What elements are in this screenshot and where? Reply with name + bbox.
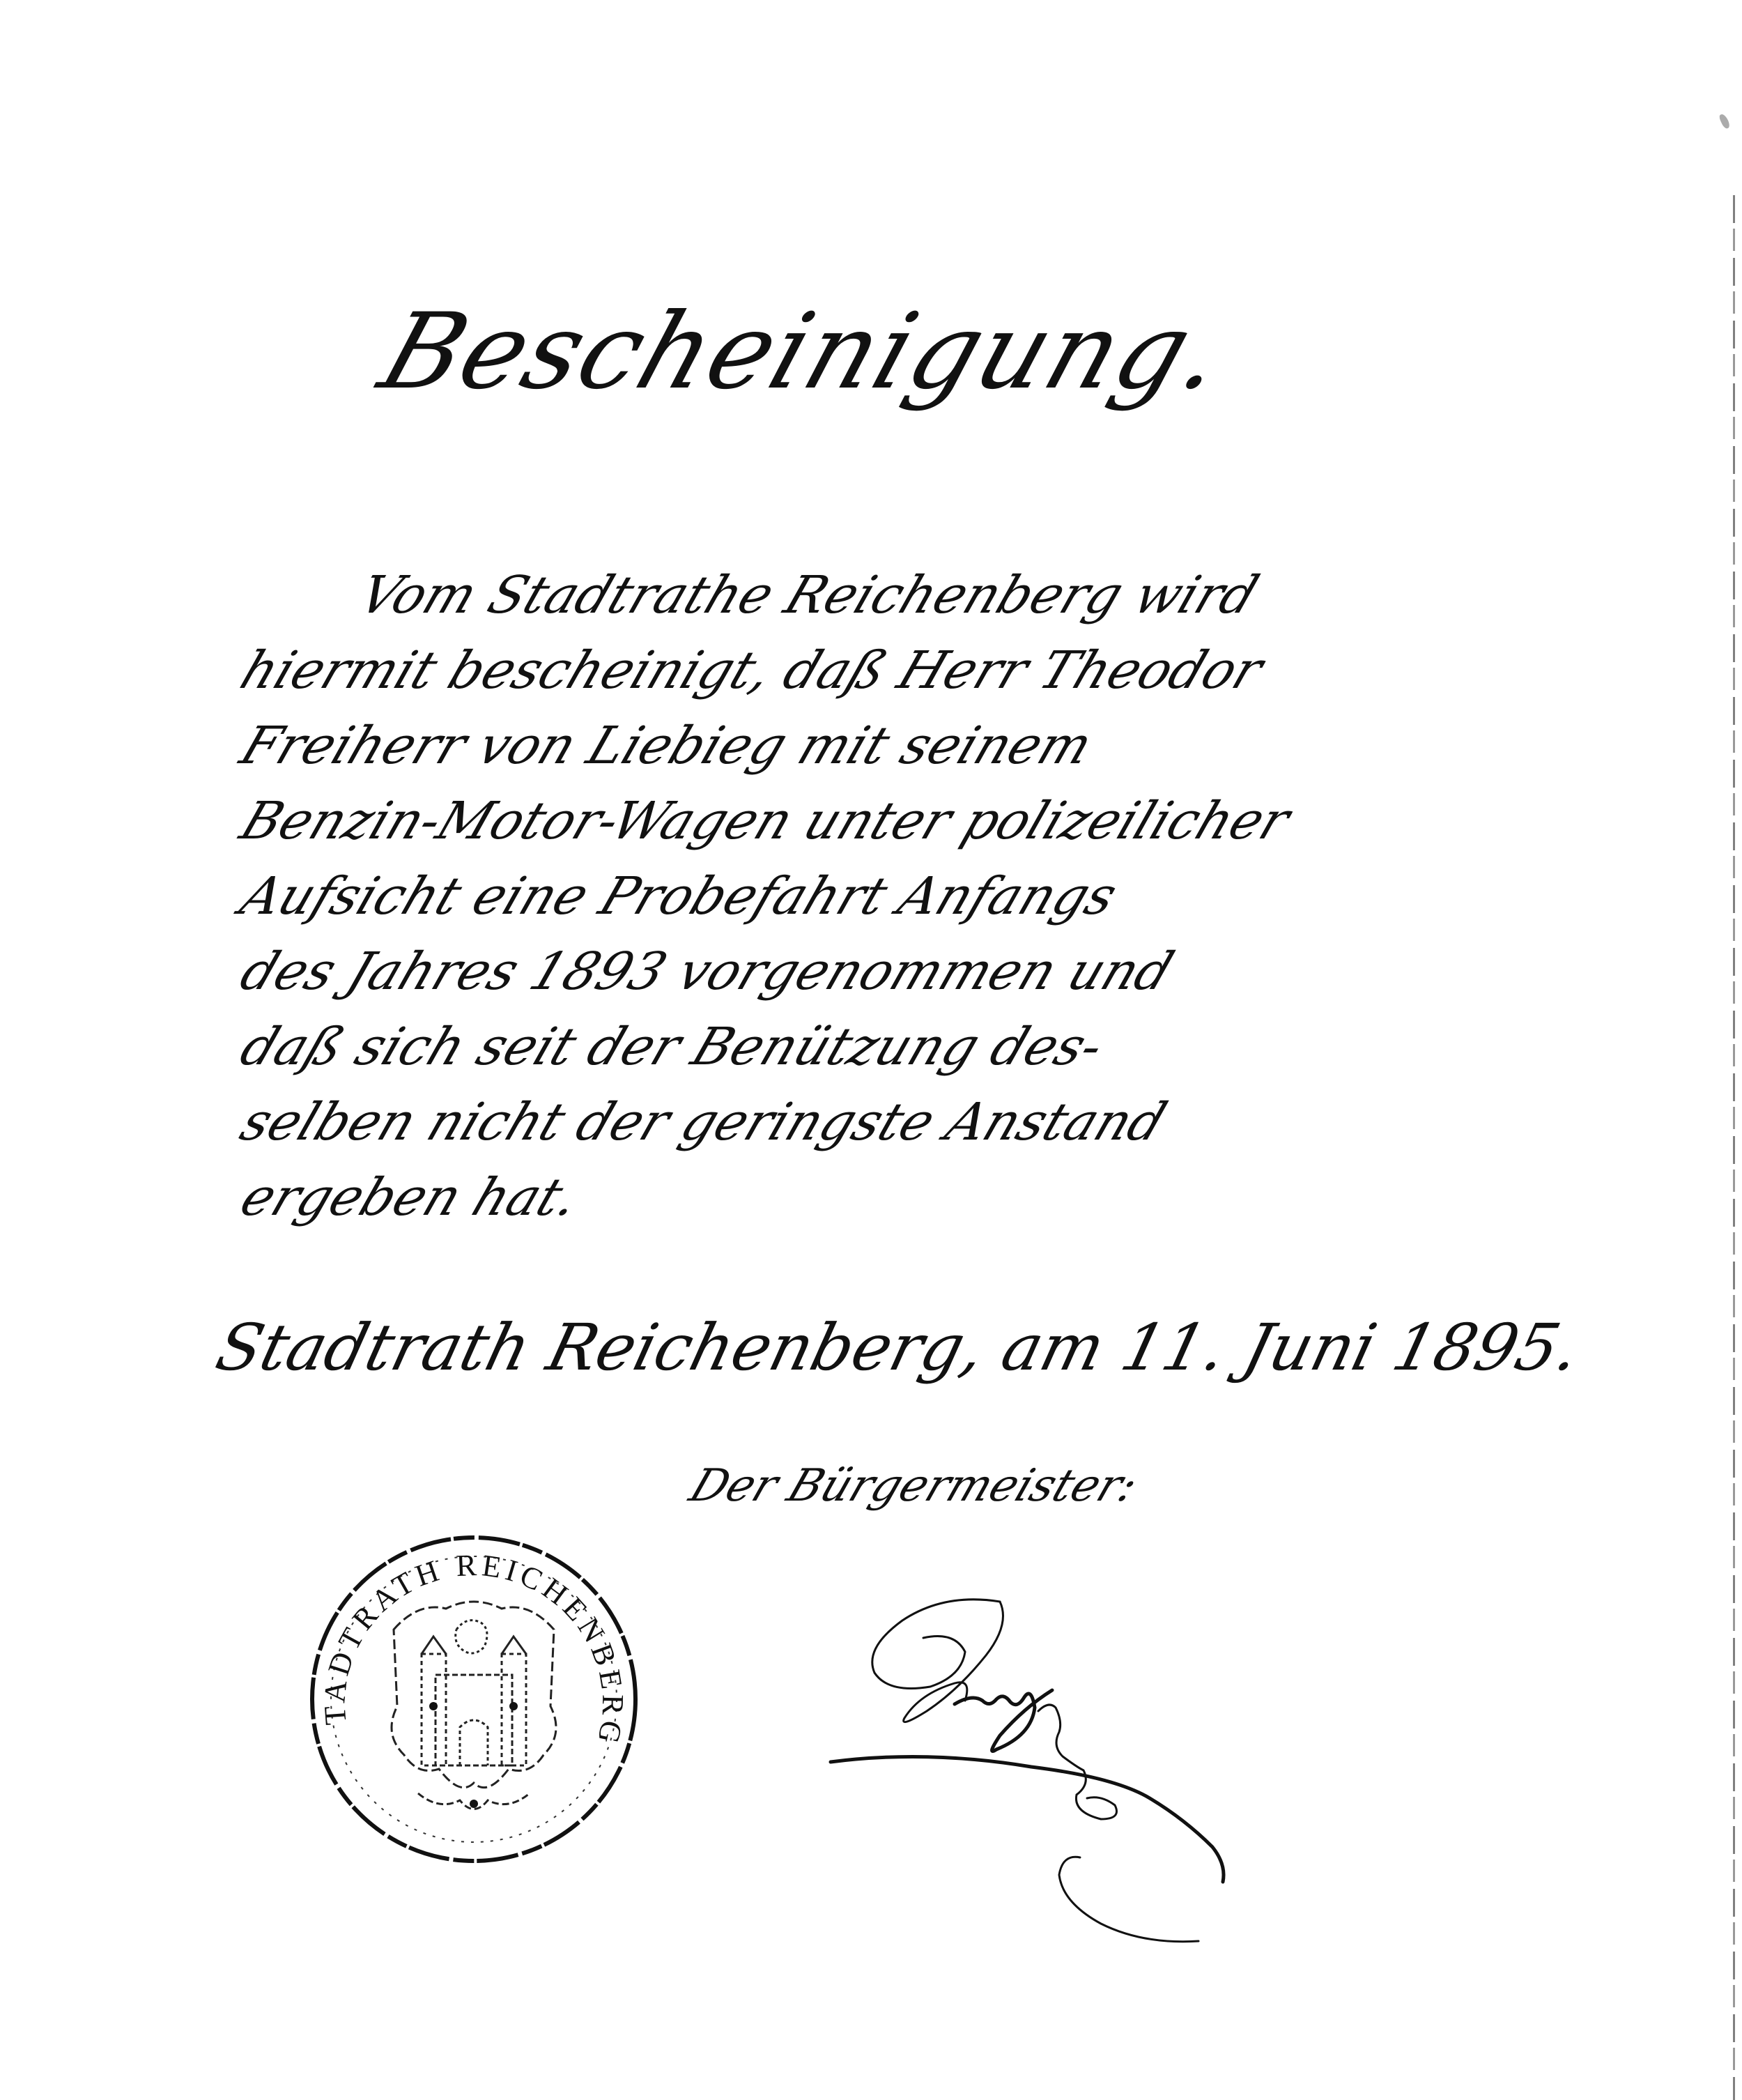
body-line: daß sich seit der Benützung des- — [230, 1009, 1741, 1085]
handwritten-signature-icon — [822, 1589, 1603, 1952]
body-line: selben nicht der geringste Anstand — [230, 1085, 1741, 1160]
castle-coat-of-arms-icon: STADTRATH REICHENBERG — [300, 1525, 648, 1873]
body-line: des Jahres 1893 vorgenommen und — [230, 934, 1741, 1009]
body-line: hiermit bescheinigt, daß Herr Theodor — [230, 633, 1741, 708]
page-edge-mark — [1718, 113, 1731, 130]
document-page: Bescheinigung. Vom Stadtrathe Reichenber… — [0, 0, 1742, 2100]
body-line: Vom Stadtrathe Reichenberg wird — [230, 558, 1741, 633]
document-title: Bescheinigung. — [369, 300, 1239, 404]
place-and-date: Stadtrath Reichenberg, am 11. Juni 1895. — [209, 1310, 1587, 1385]
mayor-signature — [822, 1589, 1603, 1952]
signatory-title: Der Bürgermeister: — [683, 1460, 1145, 1512]
svg-text:STADTRATH REICHENBERG: STADTRATH REICHENBERG — [300, 1525, 630, 1751]
certificate-body: Vom Stadtrathe Reichenberg wird hiermit … — [230, 558, 1714, 1235]
body-line: ergeben hat. — [230, 1160, 1741, 1235]
body-line: Aufsicht eine Probefahrt Anfangs — [230, 859, 1741, 934]
page-edge-line — [1733, 195, 1735, 2100]
body-line: Freiherr von Liebieg mit seinem — [230, 708, 1741, 783]
official-seal: STADTRATH REICHENBERG — [300, 1525, 648, 1873]
body-line: Benzin-Motor-Wagen unter polizeilicher — [230, 783, 1741, 859]
